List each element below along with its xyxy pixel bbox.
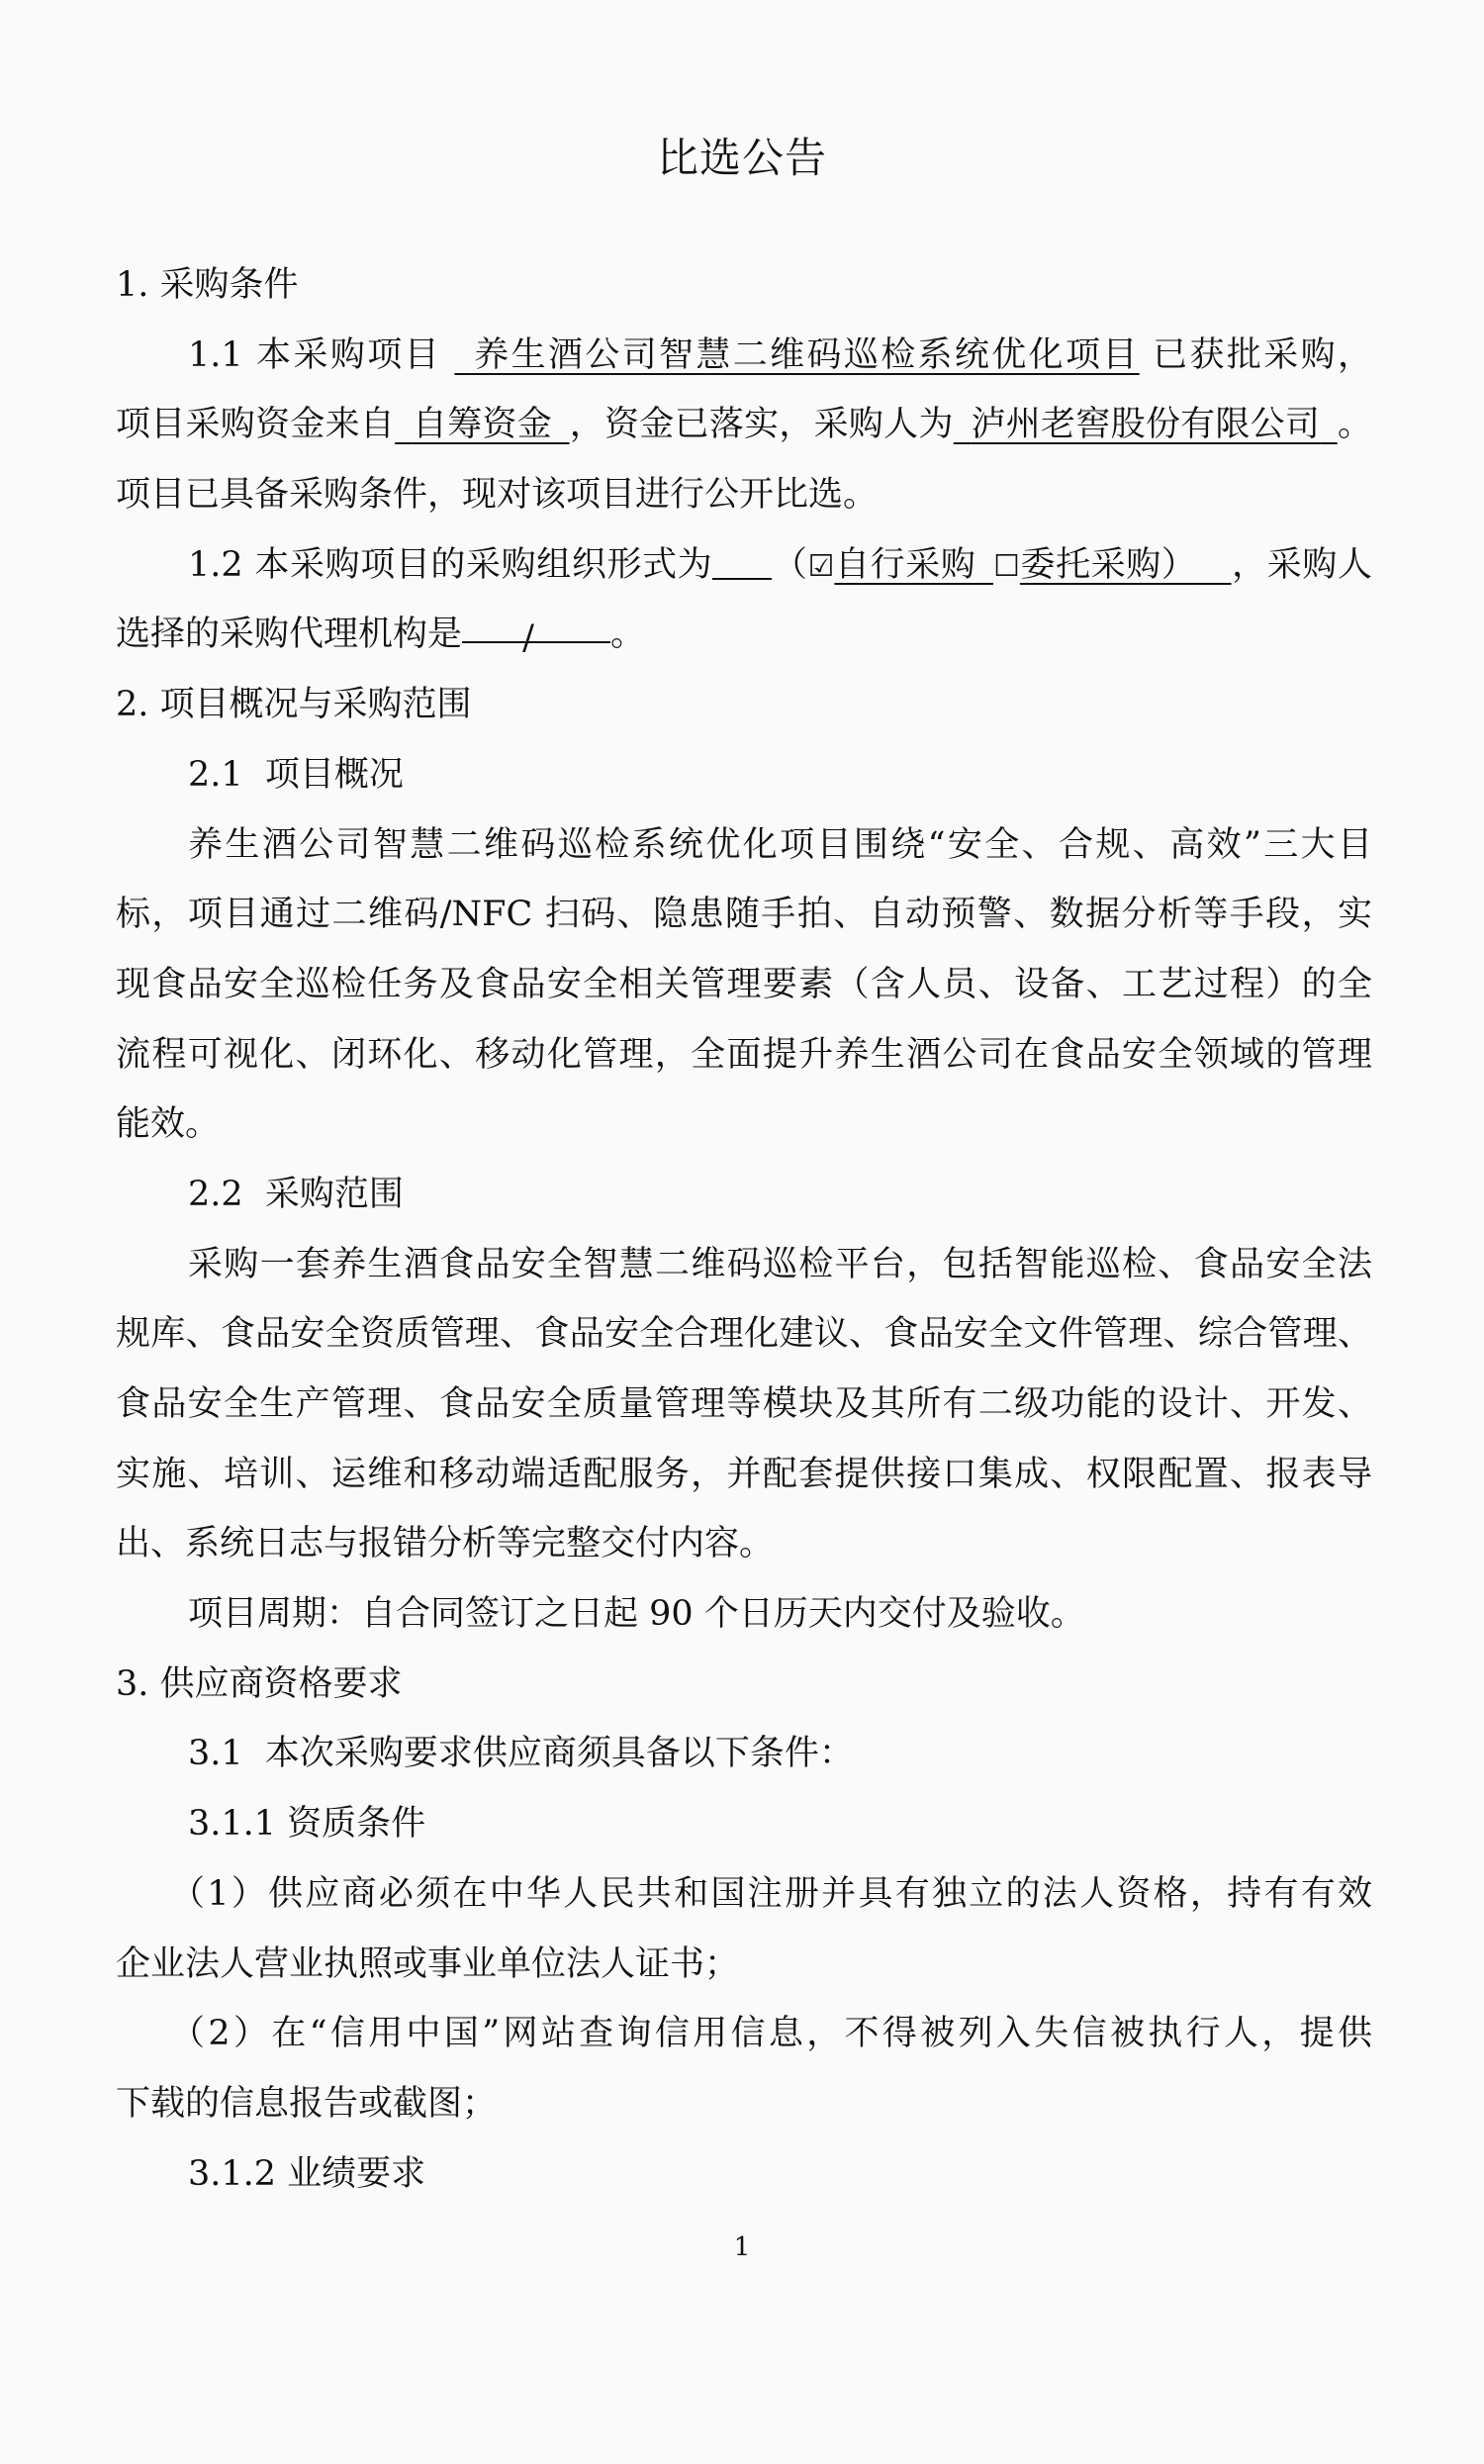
p1-2-line2-end: 。 xyxy=(610,615,645,654)
section-2-heading: 2. 项目概况与采购范围 xyxy=(116,670,1372,740)
paragraph-1-2-line-1: 1.2 本采购项目的采购组织形式为（☑自行采购 ☐委托采购） ，采购人 xyxy=(116,530,1372,601)
project-period: 项目周期：自合同签订之日起 90 个日历天内交付及验收。 xyxy=(116,1579,1372,1650)
subsection-3-1-heading: 3.1 本次采购要求供应商须具备以下条件： xyxy=(116,1719,1372,1789)
document-title: 比选公告 xyxy=(0,129,1484,188)
p1-2-prefix: 1.2 本采购项目的采购组织形式为 xyxy=(188,545,712,585)
scope-line: 出、系统日志与报错分析等完整交付内容。 xyxy=(116,1509,1372,1579)
overview-line: 标，项目通过二维码/NFC 扫码、隐患随手拍、自动预警、数据分析等手段，实 xyxy=(116,880,1372,950)
document-page: 比选公告 1. 采购条件 1.1 本采购项目 养生酒公司智慧二维码巡检系统优化项… xyxy=(0,0,1484,2464)
overview-line: 养生酒公司智慧二维码巡检系统优化项目围绕“安全、合规、高效”三大目 xyxy=(116,810,1372,881)
paragraph-1-2-line-2: 选择的采购代理机构是/。 xyxy=(116,600,1372,670)
overview-line: 现食品安全巡检任务及食品安全相关管理要素（含人员、设备、工艺过程）的全 xyxy=(116,950,1372,1020)
subsection-3-1-1-heading: 3.1.1 资质条件 xyxy=(116,1789,1372,1859)
requirement-1-line: （1）供应商必须在中华人民共和国注册并具有独立的法人资格，持有有效 xyxy=(116,1859,1372,1930)
scope-line: 规库、食品安全资质管理、食品安全合理化建议、食品安全文件管理、综合管理、 xyxy=(116,1299,1372,1370)
paragraph-1-1-line-3: 项目已具备采购条件，现对该项目进行公开比选。 xyxy=(116,460,1372,530)
p1-2-line2-prefix: 选择的采购代理机构是 xyxy=(116,615,462,654)
requirement-2-line: 下载的信息报告或截图； xyxy=(116,2069,1372,2139)
project-name-field: 养生酒公司智慧二维码巡检系统优化项目 xyxy=(454,335,1139,375)
paren-open: （ xyxy=(772,545,807,585)
option-entrusted-procurement: 委托采购） xyxy=(1020,545,1197,585)
scope-line: 实施、培训、运维和移动端适配服务，并配套提供接口集成、权限配置、报表导 xyxy=(116,1440,1372,1510)
subsection-2-1-heading: 2.1 项目概况 xyxy=(116,740,1372,810)
fund-source-field: 自筹资金 xyxy=(395,405,569,444)
subsection-3-1-2-heading: 3.1.2 业绩要求 xyxy=(116,2139,1372,2210)
document-body: 1. 采购条件 1.1 本采购项目 养生酒公司智慧二维码巡检系统优化项目 已获批… xyxy=(116,250,1372,2209)
p1-1-line2-end: 。 xyxy=(1338,405,1372,444)
p1-2-suffix: ，采购人 xyxy=(1232,545,1372,585)
option-self-procurement: 自行采购 xyxy=(834,545,975,585)
page-number: 1 xyxy=(0,2231,1484,2263)
unchecked-box-icon: ☐ xyxy=(993,532,1020,603)
p1-1-suffix: 已获批采购， xyxy=(1153,335,1372,375)
purchaser-field: 泸州老窖股份有限公司 xyxy=(954,405,1338,444)
section-1-heading: 1. 采购条件 xyxy=(116,250,1372,321)
scope-line: 采购一套养生酒食品安全智慧二维码巡检平台，包括智能巡检、食品安全法 xyxy=(116,1230,1372,1300)
overview-line: 能效。 xyxy=(116,1090,1372,1160)
paragraph-1-1-line-1: 1.1 本采购项目 养生酒公司智慧二维码巡检系统优化项目 已获批采购， xyxy=(116,321,1372,391)
p1-1-prefix: 1.1 本采购项目 xyxy=(188,335,441,375)
requirement-2-line: （2）在“信用中国”网站查询信用信息，不得被列入失信被执行人，提供 xyxy=(116,1999,1372,2069)
agency-field: / xyxy=(462,604,610,643)
p1-1-line2-mid: ，资金已落实，采购人为 xyxy=(570,405,954,444)
p1-1-line2-prefix: 项目采购资金来自 xyxy=(116,405,395,444)
requirement-1-line: 企业法人营业执照或事业单位法人证书； xyxy=(116,1930,1372,2000)
blank-underline xyxy=(712,540,772,580)
section-3-heading: 3. 供应商资格要求 xyxy=(116,1650,1372,1720)
subsection-2-2-heading: 2.2 采购范围 xyxy=(116,1160,1372,1230)
procurement-method-field: 自行采购 ☐委托采购） xyxy=(834,545,1231,585)
checked-box-icon: ☑ xyxy=(808,532,835,603)
scope-line: 食品安全生产管理、食品安全质量管理等模块及其所有二级功能的设计、开发、 xyxy=(116,1370,1372,1440)
paragraph-1-1-line-2: 项目采购资金来自 自筹资金 ，资金已落实，采购人为 泸州老窖股份有限公司 。 xyxy=(116,390,1372,460)
overview-line: 流程可视化、闭环化、移动化管理，全面提升养生酒公司在食品安全领域的管理 xyxy=(116,1020,1372,1090)
